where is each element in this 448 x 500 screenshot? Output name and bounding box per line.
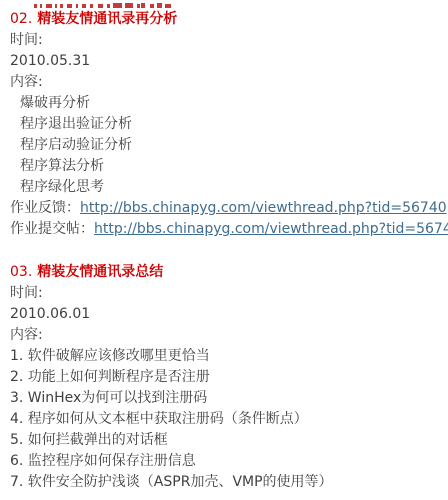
clipped-previous-heading xyxy=(10,0,442,9)
section-02-heading: 02.精装友情通讯录再分析 xyxy=(10,9,442,30)
content-item: 5. 如何拦截弹出的对话框 xyxy=(10,430,442,451)
section-02-title: 精装友情通讯录再分析 xyxy=(37,11,177,27)
section-03-heading: 03.精装友情通讯录总结 xyxy=(10,262,442,283)
document-page: 02.精装友情通讯录再分析 时间: 2010.05.31 内容: 爆破再分析 程… xyxy=(0,0,448,500)
homework-submit-link[interactable]: http://bbs.chinapyg.com/viewthread.php?t… xyxy=(94,221,448,237)
section-02-time-label: 时间: xyxy=(10,30,442,51)
content-item: 1. 软件破解应该修改哪里更恰当 xyxy=(10,346,442,367)
section-02-number: 02. xyxy=(10,11,32,27)
content-item: 4. 程序如何从文本框中获取注册码（条件断点） xyxy=(10,409,442,430)
section-03-number: 03. xyxy=(10,264,32,280)
homework-submit-line: 作业提交帖：http://bbs.chinapyg.com/viewthread… xyxy=(10,219,442,240)
document-content: 02.精装友情通讯录再分析 时间: 2010.05.31 内容: 爆破再分析 程… xyxy=(0,0,448,493)
content-item: 6. 监控程序如何保存注册信息 xyxy=(10,451,442,472)
section-03-title: 精装友情通讯录总结 xyxy=(37,264,163,280)
section-03-time-label: 时间: xyxy=(10,283,442,304)
homework-feedback-label: 作业反馈： xyxy=(10,200,80,216)
content-item: 程序启动验证分析 xyxy=(10,135,442,156)
section-02-time-value: 2010.05.31 xyxy=(10,51,442,72)
content-item: 程序绿化思考 xyxy=(10,177,442,198)
homework-submit-label: 作业提交帖： xyxy=(10,221,94,237)
content-item: 7. 软件安全防护浅谈（ASPR加壳、VMP的使用等） xyxy=(10,472,442,493)
content-item: 程序退出验证分析 xyxy=(10,114,442,135)
section-03-time-value: 2010.06.01 xyxy=(10,304,442,325)
section-02-content-label: 内容: xyxy=(10,72,442,93)
content-item: 2. 功能上如何判断程序是否注册 xyxy=(10,367,442,388)
section-03-content-label: 内容: xyxy=(10,325,442,346)
homework-feedback-link[interactable]: http://bbs.chinapyg.com/viewthread.php?t… xyxy=(80,200,447,216)
section-divider-gap xyxy=(10,240,442,262)
content-item: 爆破再分析 xyxy=(10,93,442,114)
content-item: 程序算法分析 xyxy=(10,156,442,177)
content-item: 3. WinHex为何可以找到注册码 xyxy=(10,388,442,409)
homework-feedback-line: 作业反馈：http://bbs.chinapyg.com/viewthread.… xyxy=(10,198,442,219)
